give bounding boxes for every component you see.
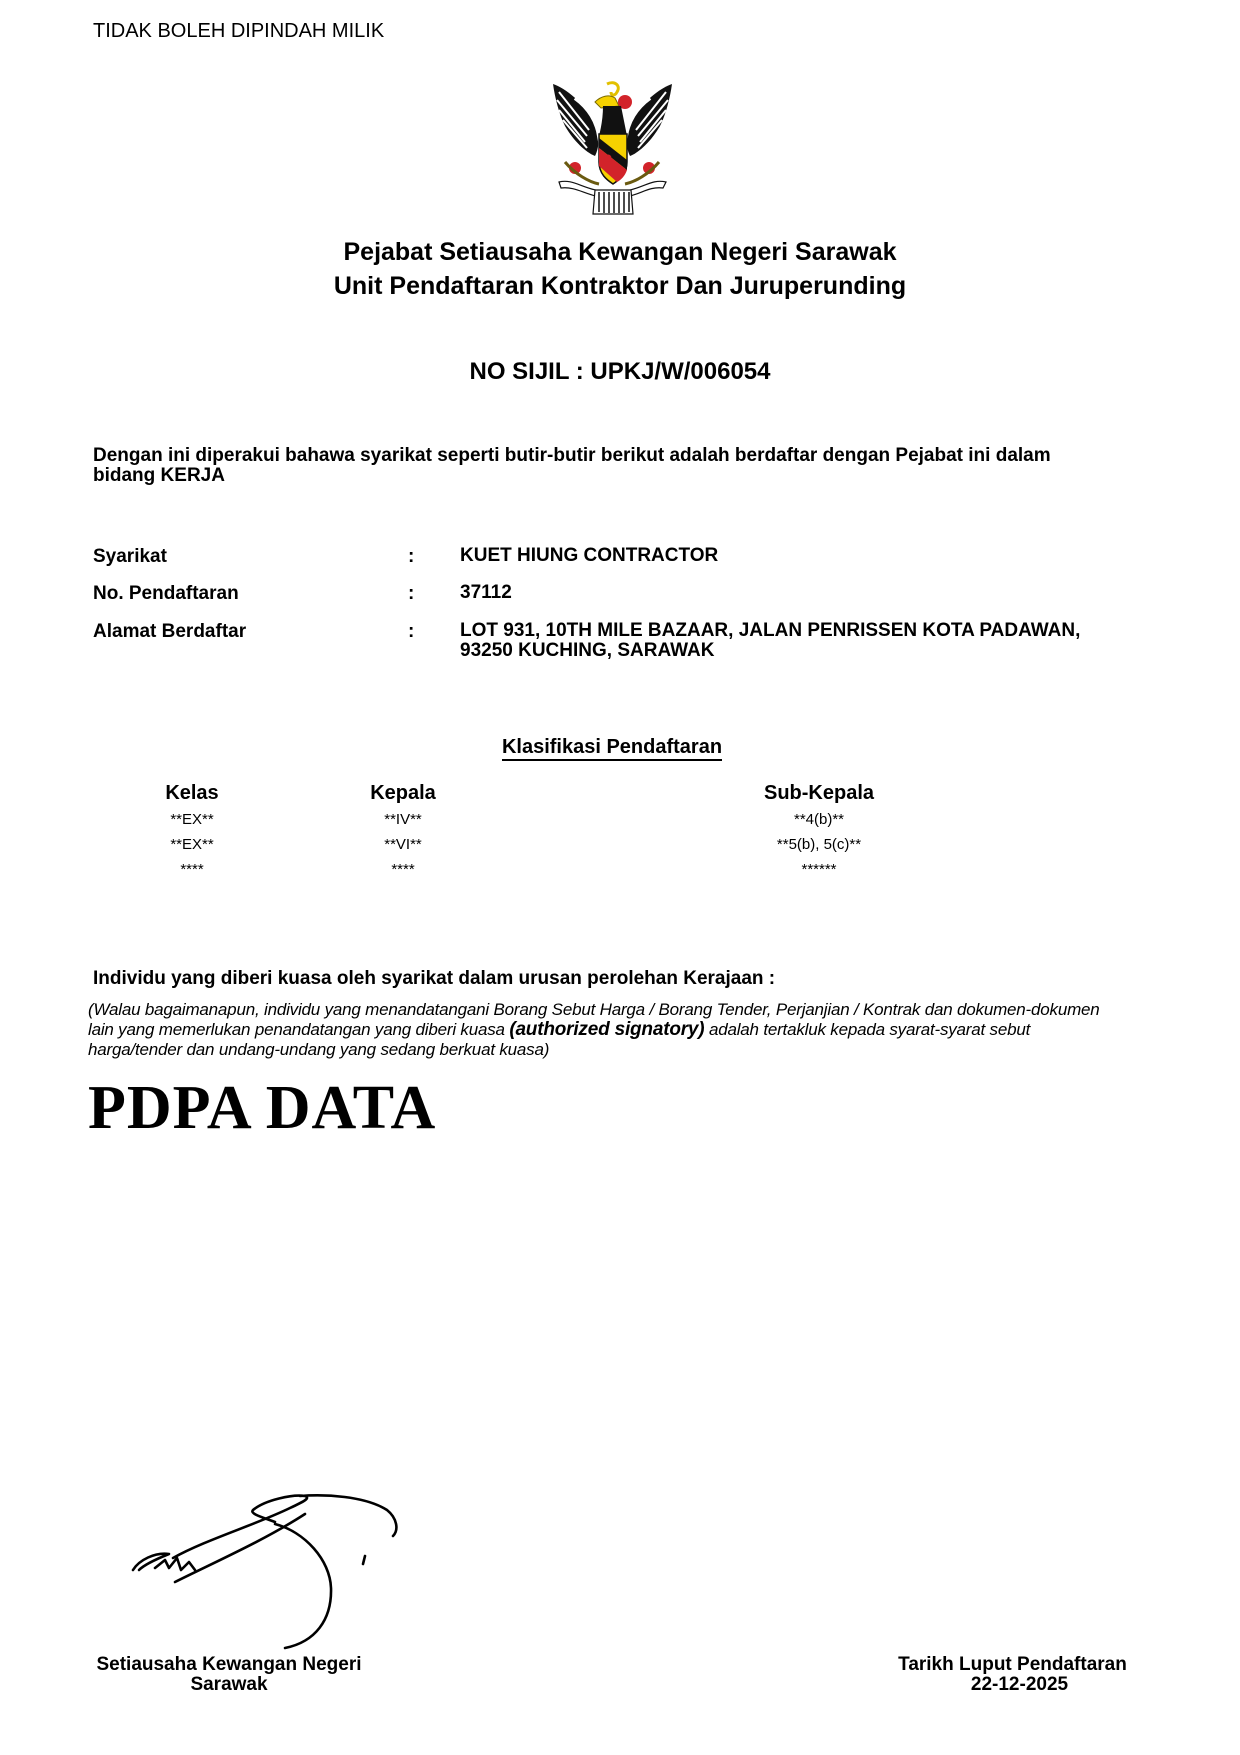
- pdpa-redaction-label: PDPA DATA: [88, 1073, 436, 1144]
- company-label: Syarikat: [93, 546, 167, 568]
- table-cell: **EX**: [72, 811, 312, 829]
- signatory-line-2: Sarawak: [83, 1675, 375, 1695]
- office-name: Pejabat Setiausaha Kewangan Negeri Saraw…: [0, 238, 1240, 267]
- registration-no-colon: :: [408, 583, 414, 605]
- sarawak-coat-of-arms-icon: [545, 78, 680, 218]
- unit-name: Unit Pendaftaran Kontraktor Dan Juruperu…: [0, 272, 1240, 301]
- registration-no-label: No. Pendaftaran: [93, 583, 239, 605]
- table-cell: **IV**: [283, 811, 523, 829]
- table-cell: **5(b), 5(c)**: [699, 836, 939, 854]
- signatory-title: Setiausaha Kewangan Negeri Sarawak: [83, 1655, 375, 1695]
- classification-title-text: Klasifikasi Pendaftaran: [502, 736, 722, 761]
- column-header-kelas: Kelas: [72, 782, 312, 805]
- address-colon: :: [408, 621, 414, 643]
- handwritten-signature-icon: [125, 1470, 415, 1655]
- column-header-sub-kepala: Sub-Kepala: [699, 782, 939, 805]
- table-cell: ****: [72, 861, 312, 879]
- company-colon: :: [408, 546, 414, 568]
- table-cell: ****: [283, 861, 523, 879]
- expiry-block: Tarikh Luput Pendaftaran 22-12-2025: [885, 1655, 1140, 1695]
- company-value: KUET HIUNG CONTRACTOR: [460, 546, 1100, 566]
- table-cell: **VI**: [283, 836, 523, 854]
- column-header-kepala: Kepala: [283, 782, 523, 805]
- table-cell: **4(b)**: [699, 811, 939, 829]
- classification-title: Klasifikasi Pendaftaran: [0, 736, 1224, 759]
- authorized-individuals-heading: Individu yang diberi kuasa oleh syarikat…: [93, 968, 775, 990]
- address-value: LOT 931, 10TH MILE BAZAAR, JALAN PENRISS…: [460, 621, 1100, 661]
- authorized-signatory-note: (Walau bagaimanapun, individu yang menan…: [88, 1000, 1128, 1060]
- expiry-date: 22-12-2025: [885, 1675, 1140, 1695]
- non-transferable-notice: TIDAK BOLEH DIPINDAH MILIK: [93, 20, 384, 43]
- certificate-number: NO SIJIL : UPKJ/W/006054: [0, 358, 1240, 386]
- table-cell: ******: [699, 861, 939, 879]
- certification-statement: Dengan ini diperakui bahawa syarikat sep…: [93, 446, 1113, 486]
- expiry-label: Tarikh Luput Pendaftaran: [885, 1655, 1140, 1675]
- table-cell: **EX**: [72, 836, 312, 854]
- address-label: Alamat Berdaftar: [93, 621, 246, 643]
- note-emphasis: (authorized signatory): [509, 1019, 704, 1040]
- signatory-line-1: Setiausaha Kewangan Negeri: [83, 1655, 375, 1675]
- registration-no-value: 37112: [460, 583, 1100, 603]
